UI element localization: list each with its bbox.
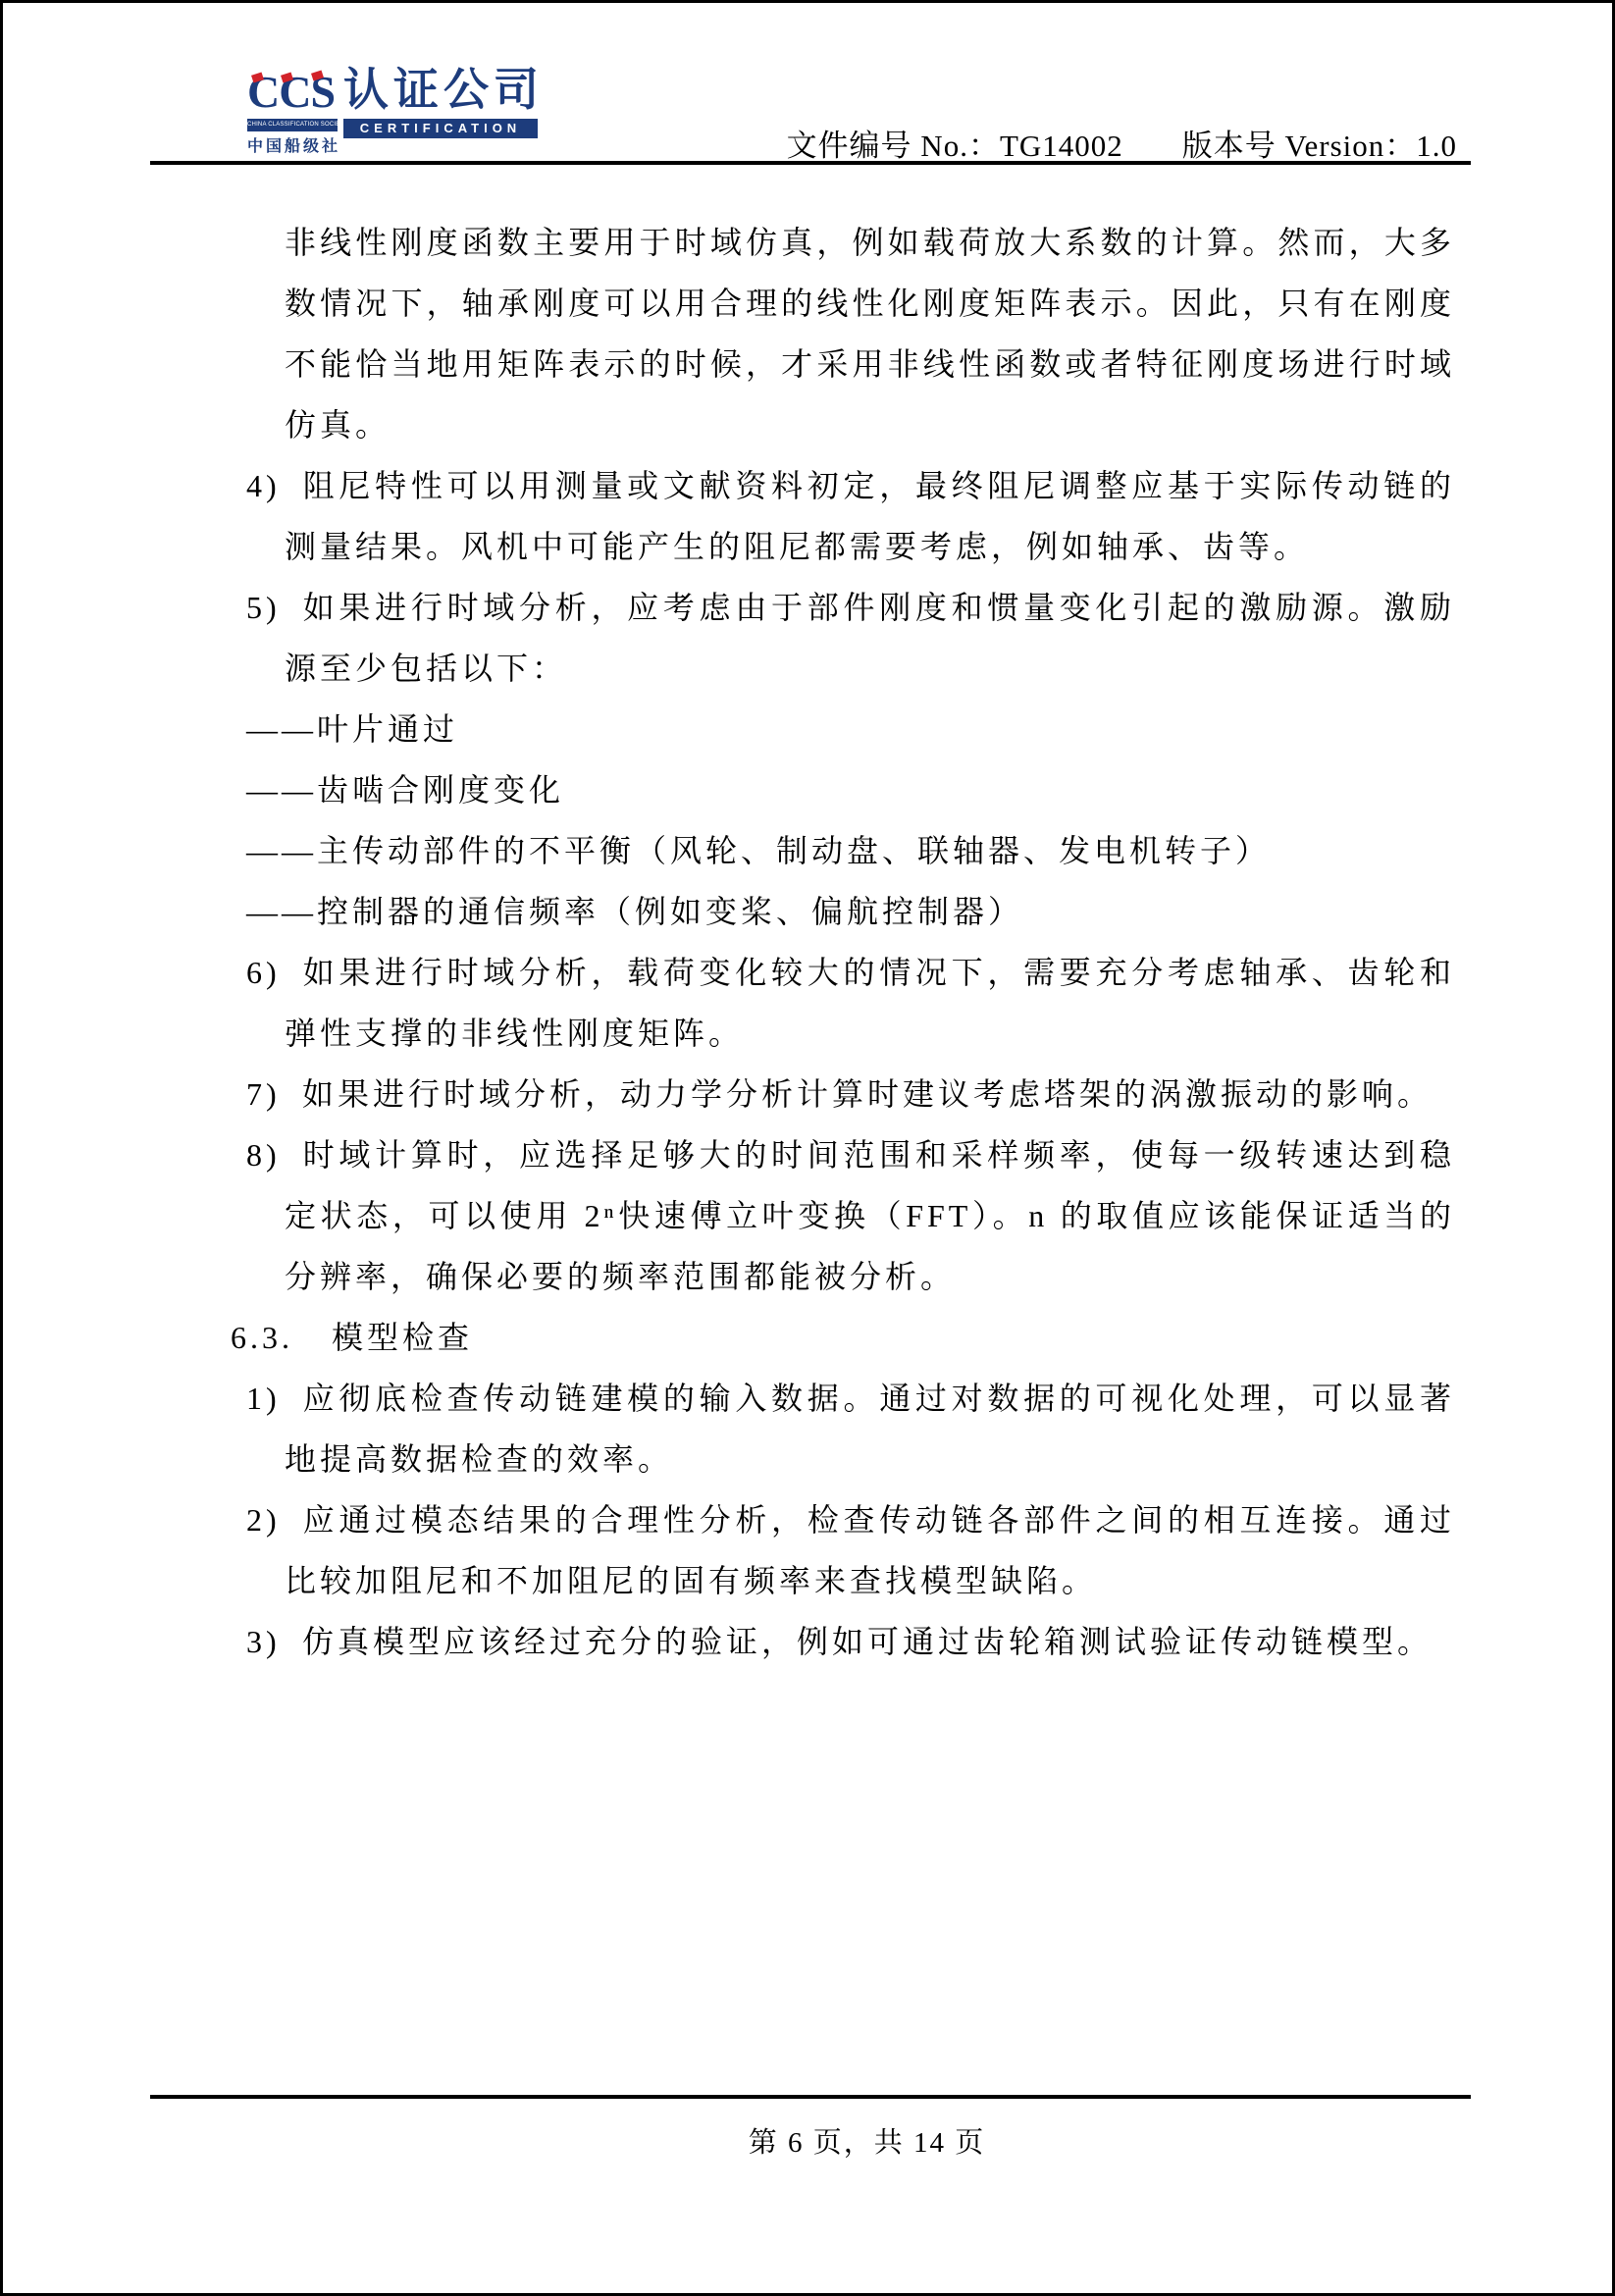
list-item-text: 如果进行时域分析，载荷变化较大的情况下，需要充分考虑轴承、齿轮和弹性支撑的非线性… (285, 955, 1455, 1051)
list-item-number: 1) (246, 1368, 302, 1429)
ccs-logo-left: CCS CHINA CLASSIFICATION SOCIETY 中国船级社 (247, 60, 338, 158)
list-item-text: 应通过模态结果的合理性分析，检查传动链各部件之间的相互连接。通过比较加阻尼和不加… (285, 1502, 1455, 1598)
document-page: CCS CHINA CLASSIFICATION SOCIETY 中国船级社 认… (0, 0, 1615, 2296)
list-item-4: 4)阻尼特性可以用测量或文献资料初定，最终阻尼调整应基于实际传动链的测量结果。风… (285, 455, 1455, 577)
dash-item-2: ——齿啮合刚度变化 (246, 759, 1455, 820)
header-rule (150, 161, 1471, 165)
section-heading-6-3: 6.3.模型检查 (285, 1307, 1455, 1368)
document-body: 非线性刚度函数主要用于时域仿真，例如载荷放大系数的计算。然而，大多数情况下，轴承… (285, 212, 1455, 1672)
dash-item-text: ——叶片通过 (246, 711, 458, 747)
list-item-text: 阻尼特性可以用测量或文献资料初定，最终阻尼调整应基于实际传动链的测量结果。风机中… (285, 468, 1455, 564)
list-item-7: 7)如果进行时域分析，动力学分析计算时建议考虑塔架的涡激振动的影响。 (285, 1064, 1455, 1124)
list-item-1: 1)应彻底检查传动链建模的输入数据。通过对数据的可视化处理，可以显著地提高数据检… (285, 1368, 1455, 1489)
paragraph-continuation: 非线性刚度函数主要用于时域仿真，例如载荷放大系数的计算。然而，大多数情况下，轴承… (285, 212, 1455, 455)
section-title: 模型检查 (332, 1320, 473, 1355)
list-item-number: 4) (246, 455, 302, 516)
list-item-6: 6)如果进行时域分析，载荷变化较大的情况下，需要充分考虑轴承、齿轮和弹性支撑的非… (285, 942, 1455, 1064)
dash-item-text: ——齿啮合刚度变化 (246, 772, 564, 808)
section-number: 6.3. (231, 1307, 332, 1368)
list-item-text: 仿真模型应该经过充分的验证，例如可通过齿轮箱测试验证传动链模型。 (302, 1624, 1433, 1659)
certification-company-text: 认证公司 (343, 66, 544, 115)
list-item-2: 2)应通过模态结果的合理性分析，检查传动链各部件之间的相互连接。通过比较加阻尼和… (285, 1489, 1455, 1611)
ccs-logo: CCS CHINA CLASSIFICATION SOCIETY 中国船级社 认… (247, 60, 551, 158)
page-number: 第 6 页，共 14 页 (150, 2120, 1471, 2161)
list-item-number: 8) (246, 1124, 302, 1185)
list-item-3: 3)仿真模型应该经过充分的验证，例如可通过齿轮箱测试验证传动链模型。 (285, 1611, 1455, 1672)
list-item-8: 8)时域计算时，应选择足够大的时间范围和采样频率，使每一级转速达到稳定状态，可以… (285, 1124, 1455, 1307)
dash-item-1: ——叶片通过 (246, 699, 1455, 759)
list-item-5: 5)如果进行时域分析，应考虑由于部件刚度和惯量变化引起的激励源。激励源至少包括以… (285, 577, 1455, 699)
list-item-text: 如果进行时域分析，应考虑由于部件刚度和惯量变化引起的激励源。激励源至少包括以下： (285, 590, 1455, 686)
list-item-number: 5) (246, 577, 302, 638)
ccs-society-chinese: 中国船级社 (247, 133, 341, 156)
dash-item-3: ——主传动部件的不平衡（风轮、制动盘、联轴器、发电机转子） (246, 820, 1455, 881)
ccs-society-banner: CHINA CLASSIFICATION SOCIETY (247, 119, 338, 131)
document-number: 文件编号 No.：TG14002 (787, 129, 1123, 163)
list-item-number: 3) (246, 1611, 302, 1672)
list-item-text: 时域计算时，应选择足够大的时间范围和采样频率，使每一级转速达到稳定状态，可以使用… (285, 1137, 1455, 1294)
dash-item-text: ——主传动部件的不平衡（风轮、制动盘、联轴器、发电机转子） (246, 833, 1271, 868)
dash-item-4: ——控制器的通信频率（例如变桨、偏航控制器） (246, 881, 1455, 942)
document-header: 文件编号 No.：TG14002版本号 Version：1.0 (787, 121, 1457, 165)
paragraph-text: 非线性刚度函数主要用于时域仿真，例如载荷放大系数的计算。然而，大多数情况下，轴承… (285, 225, 1455, 443)
dash-item-text: ——控制器的通信频率（例如变桨、偏航控制器） (246, 894, 1023, 929)
footer-rule (150, 2095, 1471, 2099)
list-item-text: 如果进行时域分析，动力学分析计算时建议考虑塔架的涡激振动的影响。 (302, 1076, 1433, 1112)
document-version: 版本号 Version：1.0 (1182, 129, 1457, 163)
list-item-number: 2) (246, 1489, 302, 1550)
list-item-number: 7) (246, 1064, 302, 1124)
list-item-number: 6) (246, 942, 302, 1003)
certification-banner: CERTIFICATION (343, 119, 538, 138)
list-item-text: 应彻底检查传动链建模的输入数据。通过对数据的可视化处理，可以显著地提高数据检查的… (285, 1381, 1455, 1477)
ccs-logo-right: 认证公司 CERTIFICATION (343, 60, 549, 158)
